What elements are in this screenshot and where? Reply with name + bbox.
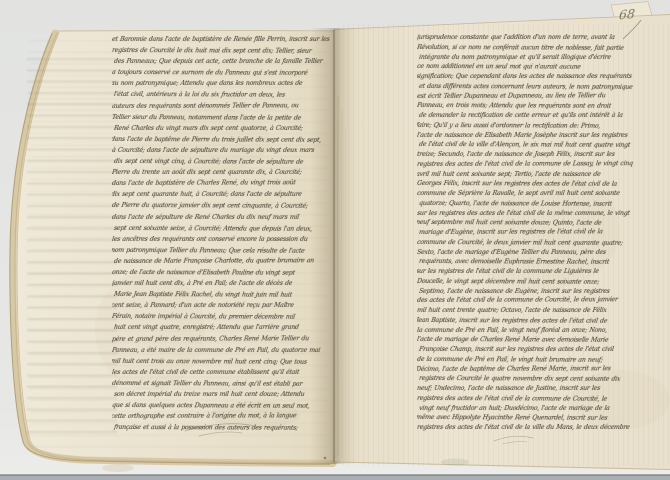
book-illustration (0, 0, 670, 480)
left-page-sheet (14, 30, 334, 463)
folio-number: 68 (618, 6, 635, 23)
scanner-bottom-bar (0, 475, 670, 480)
scanned-manuscript-page: et Baronnie dans l'acte de baptistère de… (0, 0, 670, 480)
